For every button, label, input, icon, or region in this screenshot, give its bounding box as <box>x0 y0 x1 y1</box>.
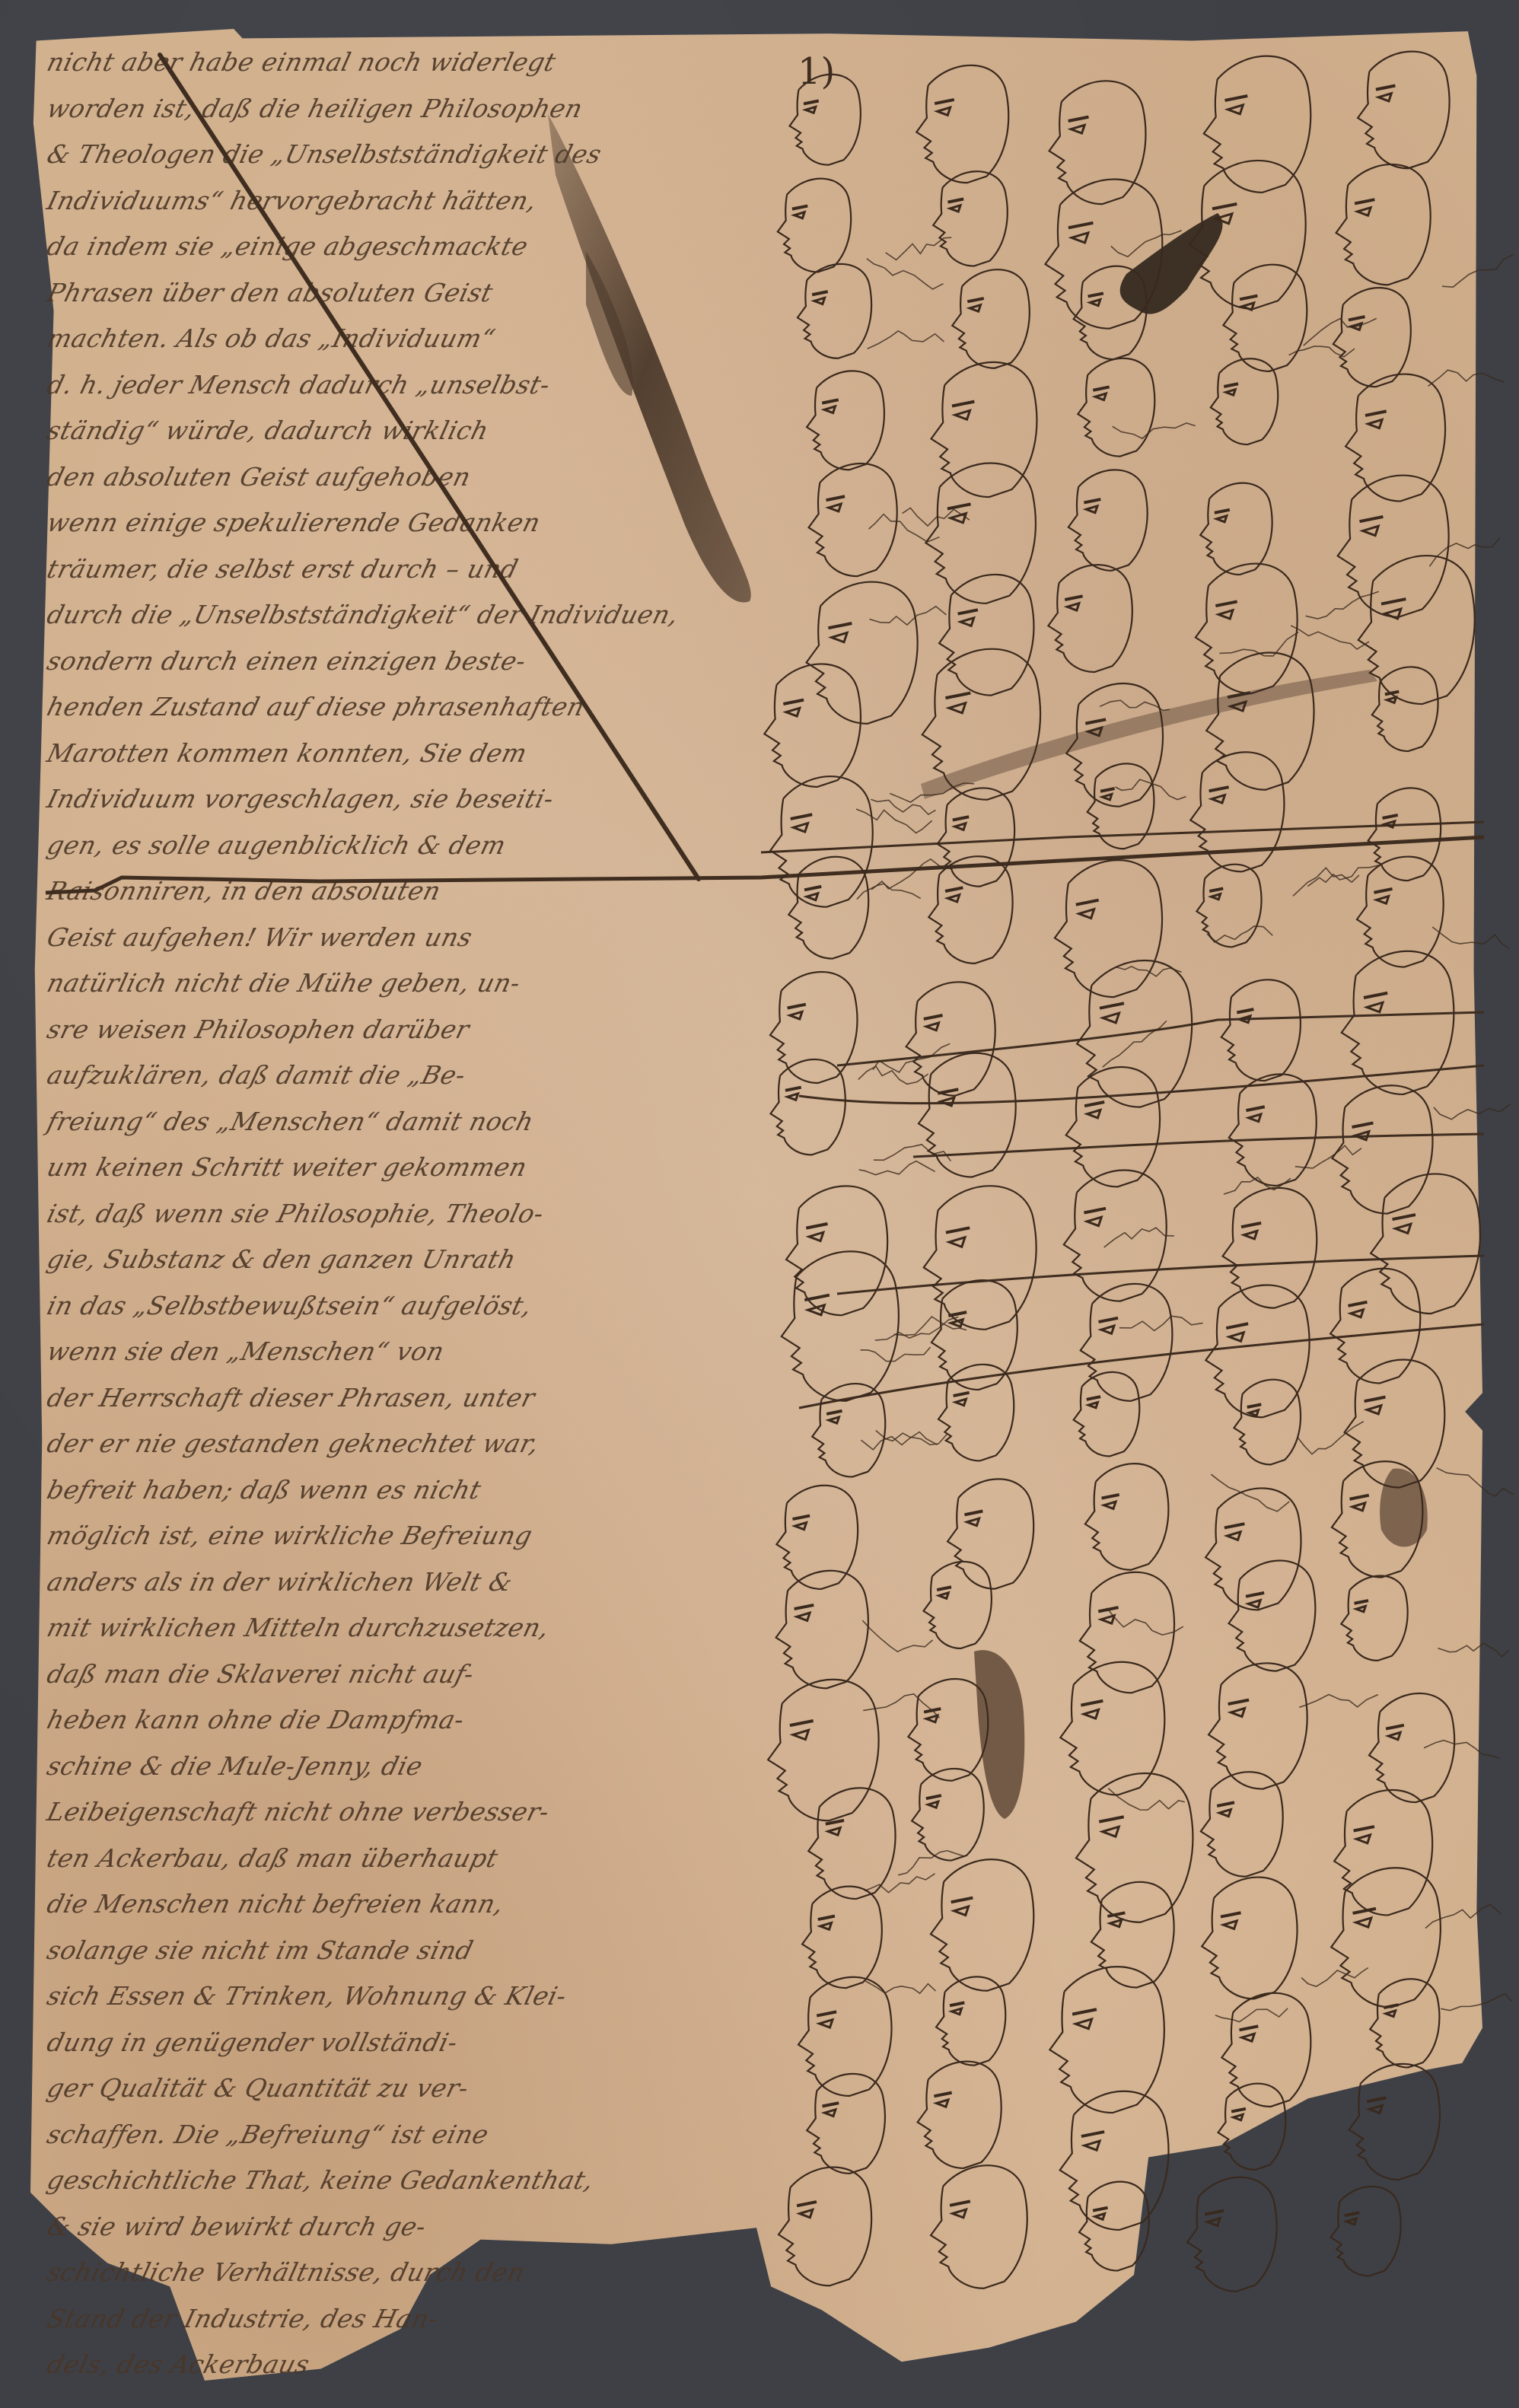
cancellation-stroke <box>160 55 699 879</box>
ink-wash-smear-top <box>548 114 751 603</box>
ink-blot <box>1120 213 1223 314</box>
ink-marks-overlay: 1) <box>0 0 1519 2408</box>
sketch-dividers <box>761 822 1484 1408</box>
face-sketches <box>764 52 1513 2292</box>
horizontal-rule <box>46 837 1484 893</box>
ink-wash-smear-lower <box>974 1650 1024 1819</box>
ink-wash-streak <box>921 670 1377 799</box>
